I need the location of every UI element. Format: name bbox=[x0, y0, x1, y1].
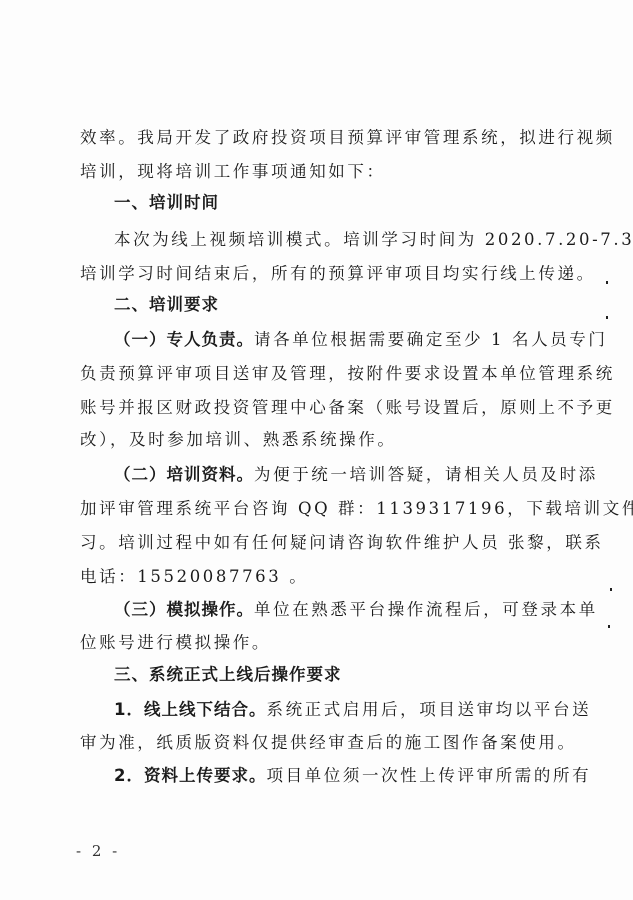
scan-speck bbox=[606, 281, 608, 284]
text-line: 负责预算评审项目送审及管理，按附件要求设置本单位管理系统 bbox=[80, 364, 550, 384]
text-line: 电话：15520087763 。 bbox=[80, 567, 550, 587]
text-line: 位账号进行模拟操作。 bbox=[80, 633, 550, 653]
text-line: 培训学习时间结束后，所有的预算评审项目均实行线上传递。 bbox=[80, 264, 550, 284]
text-line: 审为准，纸质版资料仅提供经审查后的施工图作备案使用。 bbox=[80, 733, 550, 753]
item-label: 2．资料上传要求。 bbox=[114, 766, 266, 785]
item-label: （一）专人负责。 bbox=[114, 330, 254, 349]
scan-speck bbox=[610, 588, 612, 591]
page-number: - 2 - bbox=[76, 842, 120, 860]
list-item-training-materials: （二）培训资料。为便于统一培训答疑，请相关人员及时添 bbox=[114, 465, 584, 485]
text-line: 本次为线上视频培训模式。培训学习时间为 2020.7.20-7.31。 bbox=[114, 230, 584, 250]
text-line: 培训，现将培训工作事项通知如下： bbox=[80, 162, 550, 182]
section-heading-post-launch: 三、系统正式上线后操作要求 bbox=[114, 665, 584, 685]
scan-speck bbox=[606, 316, 608, 319]
text-line: 账号并报区财政投资管理中心备案（账号设置后，原则上不予更 bbox=[80, 398, 550, 418]
list-item-online-offline: 1．线上线下结合。系统正式启用后，项目送审均以平台送 bbox=[114, 700, 584, 720]
item-text: 请各单位根据需要确定至少 1 名人员专门 bbox=[254, 330, 608, 349]
list-item-dedicated-person: （一）专人负责。请各单位根据需要确定至少 1 名人员专门 bbox=[114, 330, 584, 350]
item-label: 1．线上线下结合。 bbox=[114, 700, 266, 719]
item-label: （二）培训资料。 bbox=[114, 465, 254, 484]
scan-speck bbox=[608, 625, 610, 628]
section-heading-training-requirements: 二、培训要求 bbox=[114, 295, 584, 315]
document-page: 效率。我局开发了政府投资项目预算评审管理系统，拟进行视频 培训，现将培训工作事项… bbox=[0, 0, 633, 900]
item-text: 项目单位须一次性上传评审所需的所有 bbox=[266, 766, 591, 785]
text-line: 加评审管理系统平台咨询 QQ 群：1139317196，下载培训文件学 bbox=[80, 499, 550, 519]
item-text: 单位在熟悉平台操作流程后，可登录本单 bbox=[254, 600, 598, 619]
text-line: 习。培训过程中如有任何疑问请咨询软件维护人员 张黎，联系 bbox=[80, 533, 550, 553]
list-item-upload-requirements: 2．资料上传要求。项目单位须一次性上传评审所需的所有 bbox=[114, 766, 584, 786]
item-label: （三）模拟操作。 bbox=[114, 600, 254, 619]
text-line: 效率。我局开发了政府投资项目预算评审管理系统，拟进行视频 bbox=[80, 128, 550, 148]
section-heading-training-time: 一、培训时间 bbox=[114, 193, 584, 213]
item-text: 为便于统一培训答疑，请相关人员及时添 bbox=[254, 465, 598, 484]
list-item-simulation: （三）模拟操作。单位在熟悉平台操作流程后，可登录本单 bbox=[114, 600, 584, 620]
item-text: 系统正式启用后，项目送审均以平台送 bbox=[266, 700, 591, 719]
text-line: 改），及时参加培训、熟悉系统操作。 bbox=[80, 430, 550, 450]
